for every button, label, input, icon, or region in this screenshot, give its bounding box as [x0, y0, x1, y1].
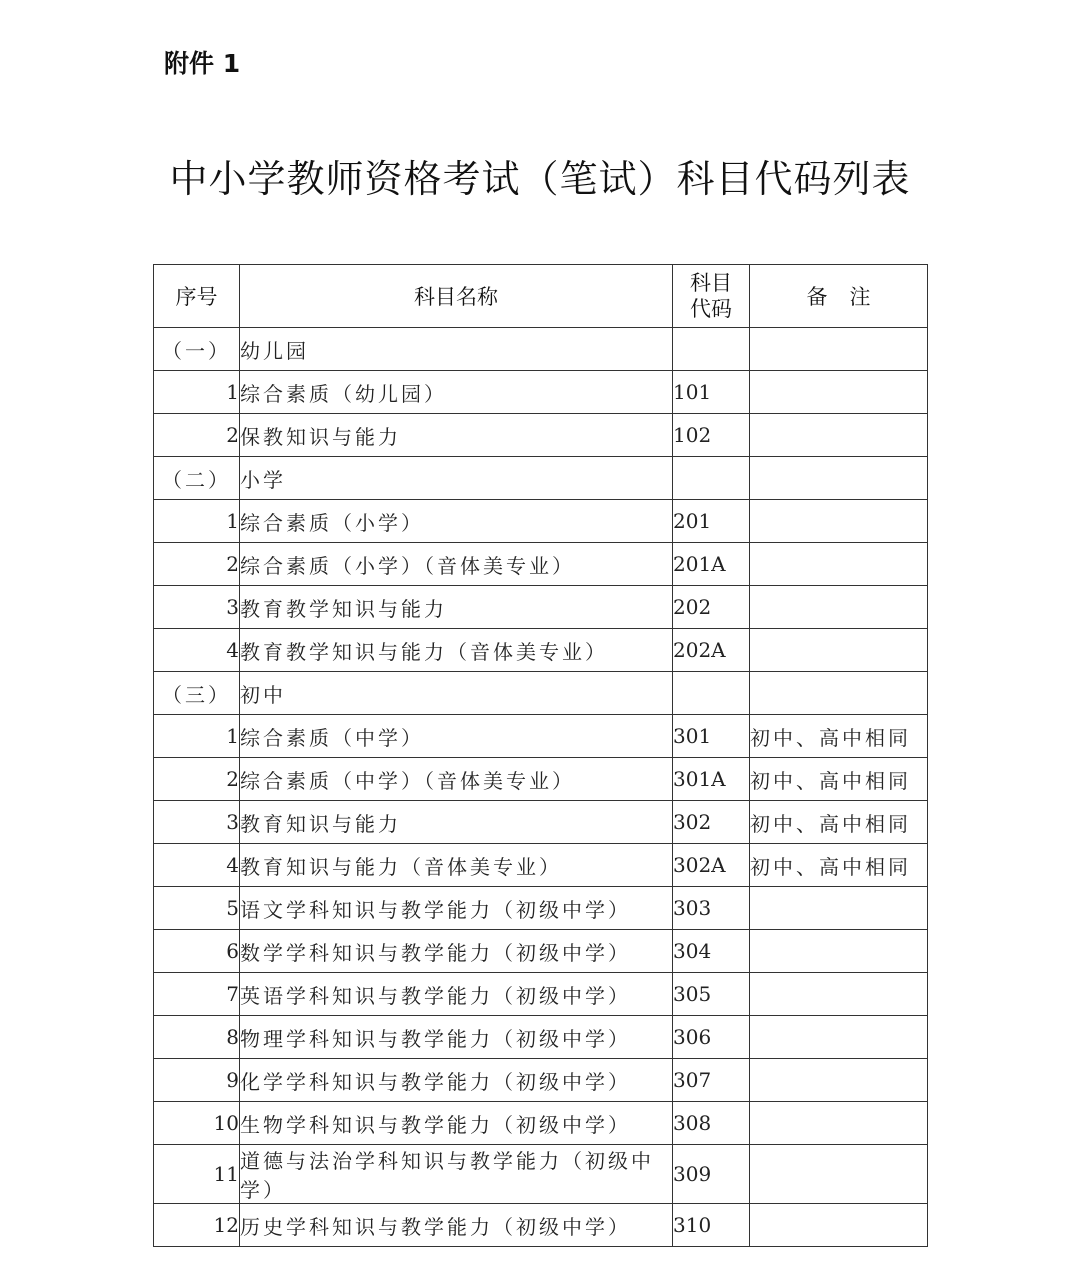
- table-row: 6数学学科知识与教学能力（初级中学）304: [154, 930, 928, 973]
- cell-seq: （二）: [154, 457, 240, 500]
- table-row: 5语文学科知识与教学能力（初级中学）303: [154, 887, 928, 930]
- cell-subject-code: 304: [673, 930, 750, 973]
- cell-subject-code: [673, 457, 750, 500]
- table-row: 1综合素质（中学）301初中、高中相同: [154, 715, 928, 758]
- cell-subject-code: 301A: [673, 758, 750, 801]
- cell-remark: [750, 1016, 928, 1059]
- cell-subject-code: [673, 328, 750, 371]
- cell-subject-name: 综合素质（幼儿园）: [240, 371, 673, 414]
- cell-subject-name: 教育知识与能力（音体美专业）: [240, 844, 673, 887]
- cell-remark: [750, 973, 928, 1016]
- cell-seq: 1: [154, 500, 240, 543]
- cell-subject-code: 201: [673, 500, 750, 543]
- header-seq: 序号: [154, 265, 240, 328]
- cell-seq: 11: [154, 1145, 240, 1204]
- table-row: 1综合素质（幼儿园）101: [154, 371, 928, 414]
- cell-remark: 初中、高中相同: [750, 715, 928, 758]
- cell-seq: 3: [154, 801, 240, 844]
- cell-subject-code: 306: [673, 1016, 750, 1059]
- cell-subject-code: 310: [673, 1204, 750, 1247]
- cell-seq: 3: [154, 586, 240, 629]
- cell-subject-name: 初中: [240, 672, 673, 715]
- table-header-row: 序号 科目名称 科目 代码 备注: [154, 265, 928, 328]
- cell-subject-code: 101: [673, 371, 750, 414]
- table-row: 1综合素质（小学）201: [154, 500, 928, 543]
- cell-remark: [750, 629, 928, 672]
- cell-remark: [750, 1204, 928, 1247]
- cell-remark: [750, 371, 928, 414]
- table-row: 8物理学科知识与教学能力（初级中学）306: [154, 1016, 928, 1059]
- subject-code-table: 序号 科目名称 科目 代码 备注 （一）幼儿园1综合素质（幼儿园）1012保教知…: [153, 264, 928, 1247]
- cell-subject-name: 幼儿园: [240, 328, 673, 371]
- cell-remark: [750, 328, 928, 371]
- cell-seq: 1: [154, 715, 240, 758]
- table-row: 12历史学科知识与教学能力（初级中学）310: [154, 1204, 928, 1247]
- cell-subject-name: 历史学科知识与教学能力（初级中学）: [240, 1204, 673, 1247]
- cell-subject-name: 综合素质（小学）: [240, 500, 673, 543]
- cell-subject-code: 102: [673, 414, 750, 457]
- header-subject-code: 科目 代码: [673, 265, 750, 328]
- table-group-row: （一）幼儿园: [154, 328, 928, 371]
- cell-subject-code: 201A: [673, 543, 750, 586]
- cell-seq: 10: [154, 1102, 240, 1145]
- attachment-label: 附件 1: [164, 44, 240, 80]
- cell-subject-name: 保教知识与能力: [240, 414, 673, 457]
- cell-subject-code: 303: [673, 887, 750, 930]
- cell-remark: 初中、高中相同: [750, 801, 928, 844]
- cell-subject-code: 302A: [673, 844, 750, 887]
- table-group-row: （三）初中: [154, 672, 928, 715]
- cell-subject-code: 308: [673, 1102, 750, 1145]
- cell-seq: 2: [154, 414, 240, 457]
- table-row: 2综合素质（中学）（音体美专业）301A初中、高中相同: [154, 758, 928, 801]
- header-subject-name: 科目名称: [240, 265, 673, 328]
- table-row: 10生物学科知识与教学能力（初级中学）308: [154, 1102, 928, 1145]
- cell-remark: 初中、高中相同: [750, 758, 928, 801]
- cell-seq: 8: [154, 1016, 240, 1059]
- table-row: 9化学学科知识与教学能力（初级中学）307: [154, 1059, 928, 1102]
- cell-seq: 1: [154, 371, 240, 414]
- cell-remark: [750, 414, 928, 457]
- page-title: 中小学教师资格考试（笔试）科目代码列表: [0, 148, 1080, 203]
- cell-subject-code: 307: [673, 1059, 750, 1102]
- cell-remark: [750, 1059, 928, 1102]
- cell-seq: 5: [154, 887, 240, 930]
- table-row: 11道德与法治学科知识与教学能力（初级中学）309: [154, 1145, 928, 1204]
- cell-subject-code: 202: [673, 586, 750, 629]
- cell-seq: 2: [154, 543, 240, 586]
- cell-subject-name: 综合素质（小学）（音体美专业）: [240, 543, 673, 586]
- header-remark: 备注: [750, 265, 928, 328]
- cell-seq: 2: [154, 758, 240, 801]
- cell-subject-name: 教育知识与能力: [240, 801, 673, 844]
- table-row: 2综合素质（小学）（音体美专业）201A: [154, 543, 928, 586]
- header-subject-code-line2: 代码: [673, 296, 749, 322]
- cell-subject-name: 化学学科知识与教学能力（初级中学）: [240, 1059, 673, 1102]
- cell-subject-name: 生物学科知识与教学能力（初级中学）: [240, 1102, 673, 1145]
- cell-subject-code: 301: [673, 715, 750, 758]
- cell-remark: 初中、高中相同: [750, 844, 928, 887]
- table-row: 3教育教学知识与能力202: [154, 586, 928, 629]
- cell-seq: 4: [154, 629, 240, 672]
- cell-remark: [750, 887, 928, 930]
- cell-seq: 9: [154, 1059, 240, 1102]
- table-group-row: （二）小学: [154, 457, 928, 500]
- cell-remark: [750, 672, 928, 715]
- cell-subject-code: 309: [673, 1145, 750, 1204]
- table-row: 4教育知识与能力（音体美专业）302A初中、高中相同: [154, 844, 928, 887]
- cell-subject-name: 综合素质（中学）: [240, 715, 673, 758]
- cell-subject-code: 302: [673, 801, 750, 844]
- table-row: 4教育教学知识与能力（音体美专业）202A: [154, 629, 928, 672]
- cell-seq: （三）: [154, 672, 240, 715]
- cell-remark: [750, 930, 928, 973]
- cell-subject-name: 教育教学知识与能力: [240, 586, 673, 629]
- cell-remark: [750, 1145, 928, 1204]
- cell-subject-name: 数学学科知识与教学能力（初级中学）: [240, 930, 673, 973]
- cell-subject-name: 综合素质（中学）（音体美专业）: [240, 758, 673, 801]
- cell-seq: 4: [154, 844, 240, 887]
- cell-remark: [750, 457, 928, 500]
- cell-seq: 12: [154, 1204, 240, 1247]
- cell-subject-code: 305: [673, 973, 750, 1016]
- cell-remark: [750, 1102, 928, 1145]
- cell-subject-name: 语文学科知识与教学能力（初级中学）: [240, 887, 673, 930]
- cell-subject-name: 道德与法治学科知识与教学能力（初级中学）: [240, 1145, 673, 1204]
- cell-remark: [750, 543, 928, 586]
- table-body: （一）幼儿园1综合素质（幼儿园）1012保教知识与能力102（二）小学1综合素质…: [154, 328, 928, 1247]
- cell-subject-name: 英语学科知识与教学能力（初级中学）: [240, 973, 673, 1016]
- cell-subject-code: 202A: [673, 629, 750, 672]
- header-subject-code-line1: 科目: [673, 270, 749, 296]
- table-row: 7英语学科知识与教学能力（初级中学）305: [154, 973, 928, 1016]
- table-row: 2保教知识与能力102: [154, 414, 928, 457]
- cell-seq: （一）: [154, 328, 240, 371]
- cell-subject-code: [673, 672, 750, 715]
- table-row: 3教育知识与能力302初中、高中相同: [154, 801, 928, 844]
- cell-subject-name: 教育教学知识与能力（音体美专业）: [240, 629, 673, 672]
- cell-seq: 6: [154, 930, 240, 973]
- cell-subject-name: 小学: [240, 457, 673, 500]
- cell-remark: [750, 586, 928, 629]
- cell-remark: [750, 500, 928, 543]
- cell-subject-name: 物理学科知识与教学能力（初级中学）: [240, 1016, 673, 1059]
- cell-seq: 7: [154, 973, 240, 1016]
